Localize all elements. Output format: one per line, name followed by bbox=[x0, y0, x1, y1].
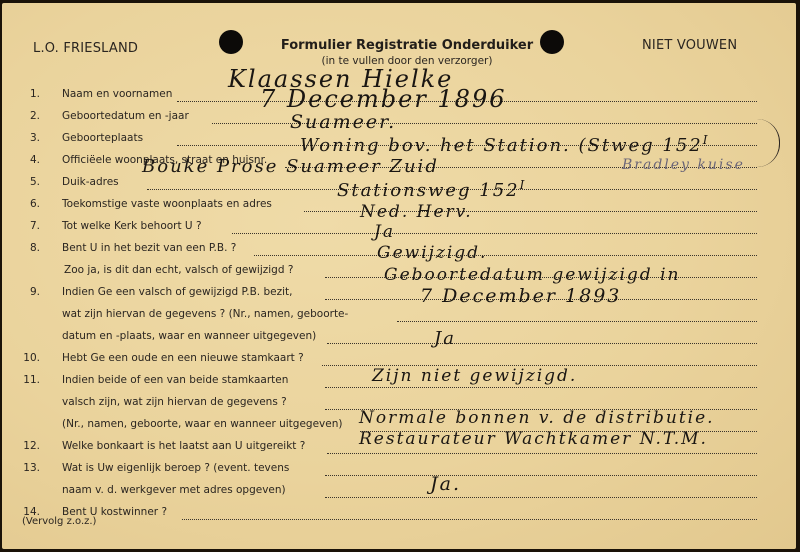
question-label: Wat is Uw eigenlijk beroep ? (event. tev… bbox=[62, 462, 289, 474]
answer-hiding-address: Bouke Prose Suameer Zuid bbox=[142, 156, 439, 177]
answer-birthplace: Suameer. bbox=[290, 111, 396, 133]
answer-pb-details-2: 7 December 1893 bbox=[420, 285, 621, 307]
question-label: valsch zijn, wat zijn hiervan de gegeven… bbox=[62, 396, 287, 408]
question-label: naam v. d. werkgever met adres opgeven) bbox=[62, 484, 286, 496]
question-number: 2. bbox=[20, 110, 40, 122]
answer-line bbox=[325, 497, 757, 498]
answer-line bbox=[325, 475, 757, 476]
answer-church: Ned. Herv. bbox=[360, 202, 473, 222]
question-number: 5. bbox=[20, 176, 40, 188]
question-label: Naam en voornamen bbox=[62, 88, 172, 100]
answer-line bbox=[182, 519, 757, 520]
answer-birthdate: 7 December 1896 bbox=[260, 85, 507, 113]
question-label: (Nr., namen, geboorte, waar en wanneer u… bbox=[62, 418, 342, 430]
answer-bonkaart: Normale bonnen v. de distributie. bbox=[359, 408, 715, 428]
bracket-mark bbox=[757, 119, 780, 167]
question-label: wat zijn hiervan de gegevens ? (Nr., nam… bbox=[62, 308, 348, 320]
question-label: Duik-adres bbox=[62, 176, 119, 188]
answer-official-address: Woning bov. het Station. (Stweg 152I bbox=[300, 133, 710, 156]
answer-pb-details-1: Geboortedatum gewijzigd in bbox=[384, 265, 680, 285]
answer-breadwinner: Ja. bbox=[430, 473, 461, 495]
question-number: 1. bbox=[20, 88, 40, 100]
question-label: Hebt Ge een oude en een nieuwe stamkaart… bbox=[62, 352, 304, 364]
question-label: datum en -plaats, waar en wanneer uitgeg… bbox=[62, 330, 316, 342]
answer-line bbox=[327, 343, 757, 344]
official-address-text: Woning bov. het Station. (Stweg 152 bbox=[300, 135, 703, 156]
answer-line bbox=[327, 453, 757, 454]
answer-occupation: Restaurateur Wachtkamer N.T.M. bbox=[359, 429, 708, 449]
question-number: 12. bbox=[20, 440, 40, 452]
question-label: Bent U in het bezit van een P.B. ? bbox=[62, 242, 236, 254]
question-label: Zoo ja, is dit dan echt, valsch of gewij… bbox=[64, 264, 293, 276]
registration-form-card: L.O. FRIESLAND Formulier Registratie Ond… bbox=[2, 3, 796, 549]
answer-future-address: Stationsweg 152I bbox=[337, 178, 526, 201]
future-address-text: Stationsweg 152 bbox=[337, 180, 520, 201]
answer-hiding-address-pencil-note: Bradley kuise bbox=[622, 157, 745, 173]
question-number: 10. bbox=[20, 352, 40, 364]
question-number: 9. bbox=[20, 286, 40, 298]
question-number: 6. bbox=[20, 198, 40, 210]
question-label: Tot welke Kerk behoort U ? bbox=[62, 220, 202, 232]
question-number: 13. bbox=[20, 462, 40, 474]
question-number: 11. bbox=[20, 374, 40, 386]
question-number: 8. bbox=[20, 242, 40, 254]
punch-hole bbox=[540, 30, 564, 54]
answer-line bbox=[397, 321, 757, 322]
question-label: Toekomstige vaste woonplaats en adres bbox=[62, 198, 272, 210]
answer-pb-type: Gewijzigd. bbox=[377, 243, 487, 263]
future-address-sup: I bbox=[520, 178, 527, 192]
answer-stamkaart: Ja bbox=[434, 328, 456, 349]
answer-line bbox=[254, 255, 757, 256]
form-title: Formulier Registratie Onderduiker bbox=[272, 38, 542, 53]
punch-hole bbox=[219, 30, 243, 54]
answer-line bbox=[325, 387, 757, 388]
continue-overleaf-note: (Vervolg z.o.z.) bbox=[22, 516, 96, 527]
question-label: Indien Ge een valsch of gewijzigd P.B. b… bbox=[62, 286, 292, 298]
question-label: Welke bonkaart is het laatst aan U uitge… bbox=[62, 440, 305, 452]
question-label: Indien beide of een van beide stamkaarte… bbox=[62, 374, 288, 386]
organization-label: L.O. FRIESLAND bbox=[33, 41, 138, 56]
question-number: 3. bbox=[20, 132, 40, 144]
answer-stamkaart-details: Zijn niet gewijzigd. bbox=[372, 366, 577, 386]
do-not-fold-label: NIET VOUWEN bbox=[642, 38, 737, 53]
question-label: Geboortedatum en -jaar bbox=[62, 110, 189, 122]
question-number: 4. bbox=[20, 154, 40, 166]
answer-line bbox=[232, 233, 757, 234]
answer-has-pb: Ja bbox=[374, 222, 395, 242]
question-number: 7. bbox=[20, 220, 40, 232]
question-label: Geboorteplaats bbox=[62, 132, 143, 144]
official-address-sup: I bbox=[703, 133, 710, 147]
